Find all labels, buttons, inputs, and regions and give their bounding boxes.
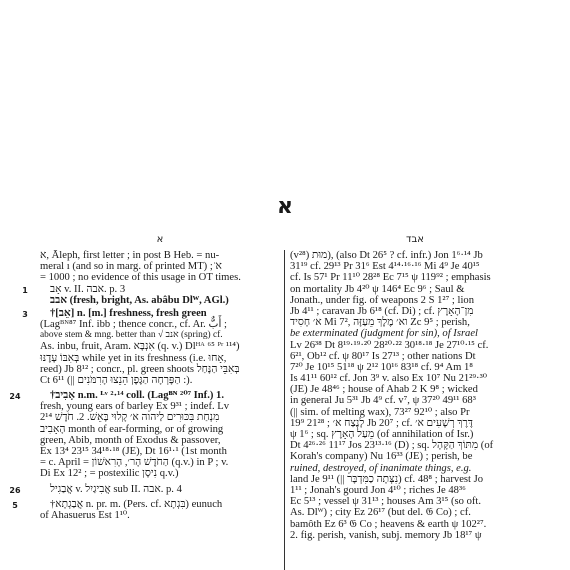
margin-number: 5 [8,500,22,511]
dictionary-text: ψ 1⁶ ; sq. מֵעַל הָאָרֶץ (of annihilatio… [290,429,473,440]
text-line: be exterminated (judgment for sin), of I… [290,328,570,339]
dictionary-text: †אֲבַגְתָא n. pr. m. (Pers. cf. בִּגְתָא… [50,499,222,510]
right-column: (v²⁸) מוּת), (also Dt 26⁵ ? cf. infr.) J… [290,250,570,541]
entry-line: 1 אָב v. II. אבה. p. 3 [40,284,280,295]
dictionary-text: bamôth Ez 6³ 𝔊 Co ; heavens & earth ψ 10… [290,519,486,530]
dictionary-text: (|| sim. of melting wax), 73²⁷ 92¹⁰ ; al… [290,407,469,418]
text-line: (JE) Je 48⁴⁶ ; house of Ahab 2 K 9⁸ ; wi… [290,384,570,395]
dictionary-text: הָאָבִיב month of ear-forming, or of gro… [40,424,223,435]
root-entry-line: אבב (fresh, bright, As. abâbu Dlᵂ, AGl.) [40,295,280,308]
text-line: (Lagᴮᴺ⁸⁷ Inf. ibb ; thence concr., cf. A… [40,319,280,330]
margin-number: 26 [8,485,22,496]
text-line: 1¹¹ ; Jonah's gourd Jon 4¹⁰ ; riches Je … [290,485,570,496]
right-column-header: אבד [395,234,435,246]
text-line: בְּאִבּוֹ עָדֶנּוּ while yet in its fres… [40,353,280,364]
text-line: fresh, young ears of barley Ex 9³¹ ; ind… [40,401,280,412]
text-line: 6²¹, Ob¹² cf. ψ 80¹⁷ Is 27¹³ ; other nat… [290,351,570,362]
dictionary-text: 31¹⁹ cf. 29¹³ Pr 31⁶ Est 4¹⁴·¹⁶·¹⁶ Mi 4⁹… [290,261,480,272]
text-line: cf. Is 57¹ Pr 11¹⁰ 28²⁸ Ec 7¹⁵ ψ 119⁹² ;… [290,272,570,283]
dictionary-text: 19⁹ 21²⁸ ; לָנֶצַח א׳ Jb 20⁷ ; cf. דֶּרֶ… [290,418,473,429]
text-line: Lv 26³⁸ Dt 8¹⁹·¹⁹·²⁰ 28²⁰·²² 30¹⁸·¹⁸ Je … [290,340,570,351]
dictionary-text: 2. fig. perish, vanish, subj. memory Jb … [290,530,482,541]
entry-line: 5 †אֲבַגְתָא n. pr. m. (Pers. cf. בִּגְת… [40,499,280,510]
text-line: (|| sim. of melting wax), 73²⁷ 92¹⁰ ; al… [290,407,570,418]
dictionary-text: land Je 9¹¹ (|| נִצְּתָה כַמִּדְבָּר) cf… [290,474,483,485]
dictionary-text: on mortality Jb 4²⁰ ψ 146⁴ Ec 9⁶ ; Saul … [290,284,464,295]
dictionary-text: fresh, young ears of barley Ex 9³¹ ; ind… [40,401,229,412]
text-line: Jonath., under fig. of weapons 2 S 1²⁷ ;… [290,295,570,306]
dictionary-text: = 1000 ; no evidence of this usage in OT… [40,272,241,283]
text-line: Ec 5¹³ ; vessel ψ 31¹³ ; houses Am 3¹⁵ (… [290,496,570,507]
dictionary-text: As. inbu, fruit, Aram. אִנְבָּא (q. v.) … [40,341,240,352]
dictionary-text: בְּאִבּוֹ עָדֶנּוּ while yet in its fres… [40,353,226,364]
text-line: Korah's company) Nu 16³³ (JE) ; perish, … [290,451,570,462]
dictionary-text: Jb 4¹¹ ; caravan Jb 6¹⁸ (cf. Di) ; cf. מ… [290,306,474,317]
dictionary-text: (JE) Je 48⁴⁶ ; house of Ahab 2 K 9⁸ ; wi… [290,384,478,395]
dictionary-text: אֲבַגִיל v. אֲבִיגַיִל sub II. אבה. p. 4 [50,484,182,495]
text-line: in general Ju 5³¹ Jb 4⁹ cf. v⁷, ψ 37²⁰ 4… [290,395,570,406]
dictionary-text: cf. Is 57¹ Pr 11¹⁰ 28²⁸ Ec 7¹⁵ ψ 119⁹² ;… [290,272,491,283]
left-column: א, Āleph, first letter ; in post B Heb. … [40,250,280,521]
text-line: = c. April = הַחֹדֶשׁ הָר׳, הָרִאשׁוֹן (… [40,457,280,468]
margin-number: 1 [18,285,32,296]
dictionary-text: א, Āleph, first letter ; in post B Heb. … [40,250,219,261]
entry-line: 24 †אָבִיב n.m. ᴸᵛ ²·¹⁴ coll. (Lagᴮᴺ ²⁰⁷… [40,390,280,401]
text-line: green, Abib, month of Exodus & passover, [40,435,280,446]
text-line: above stem & mng. better than √ אנב (spr… [40,330,280,341]
dictionary-text: †אָבִיב n.m. ᴸᵛ ²·¹⁴ coll. (Lagᴮᴺ ²⁰⁷ In… [50,390,224,401]
text-line: As. inbu, fruit, Aram. אִנְבָּא (q. v.) … [40,341,280,352]
dictionary-text: 2¹⁴ מִנְחַת בִּכּוּרִים לַיהוה א׳ קָלוּי… [40,412,219,423]
dictionary-text: (v²⁸) מוּת), (also Dt 26⁵ ? cf. infr.) J… [290,250,483,261]
left-column-header: א [140,234,180,246]
dictionary-text: ruined, destroyed, of inanimate things, … [290,463,471,474]
text-line: of Ahasuerus Est 1¹⁰. [40,510,280,521]
dictionary-text: †[אֵב] n. [m.] freshness, fresh green [50,308,207,319]
dictionary-text: Ec 5¹³ ; vessel ψ 31¹³ ; houses Am 3¹⁵ (… [290,496,481,507]
text-line: א׳ חָסִיד Mi 7², וא׳ מֶלֶךְ מֵעַזָּה Zc … [290,317,570,328]
text-line: 31¹⁹ cf. 29¹³ Pr 31⁶ Est 4¹⁴·¹⁶·¹⁶ Mi 4⁹… [290,261,570,272]
dictionary-text: green, Abib, month of Exodus & passover, [40,435,221,446]
dictionary-text: above stem & mng. better than √ אנב (spr… [40,330,223,340]
text-line: on mortality Jb 4²⁰ ψ 146⁴ Ec 9⁶ ; Saul … [290,284,570,295]
dictionary-text: Di Ex 12² ; = postexilic נִיסָן q.v.) [40,468,178,479]
text-line: 2. fig. perish, vanish, subj. memory Jb … [290,530,570,541]
text-line: As. Dlᵂ) ; city Ez 26¹⁷ (but del. 𝔊 Co) … [290,507,570,518]
margin-number: 24 [8,391,22,402]
dictionary-text: Dt 4²⁶·²⁶ 11¹⁷ Jos 23¹³·¹⁶ (D) ; sq. מִת… [290,440,493,451]
text-line: ruined, destroyed, of inanimate things, … [290,463,570,474]
text-line: ψ 1⁶ ; sq. מֵעַל הָאָרֶץ (of annihilatio… [290,429,570,440]
dictionary-text: Jonath., under fig. of weapons 2 S 1²⁷ ;… [290,295,474,306]
text-line: Ct 6¹¹ (|| הַפָּרְחָה הַגֶּפֶן הֵנֵצוּ ה… [40,375,280,386]
margin-number: 3 [18,309,32,320]
entry-line: 26 אֲבַגִיל v. אֲבִיגַיִל sub II. אבה. p… [40,484,280,495]
dictionary-text: = c. April = הַחֹדֶשׁ הָר׳, הָרִאשׁוֹן (… [40,457,228,468]
text-line: 2¹⁴ מִנְחַת בִּכּוּרִים לַיהוה א׳ קָלוּי… [40,412,280,423]
text-line: meral ı (and so in marg. of printed MT) … [40,261,280,272]
dictionary-text: reed) Jb 8¹² ; concr., pl. green shoots … [40,364,239,375]
dictionary-text: of Ahasuerus Est 1¹⁰. [40,510,130,521]
text-line: land Je 9¹¹ (|| נִצְּתָה כַמִּדְבָּר) cf… [290,474,570,485]
text-line: הָאָבִיב month of ear-forming, or of gro… [40,424,280,435]
text-line: Dt 4²⁶·²⁶ 11¹⁷ Jos 23¹³·¹⁶ (D) ; sq. מִת… [290,440,570,451]
text-line: reed) Jb 8¹² ; concr., pl. green shoots … [40,364,280,375]
dictionary-text: (Lagᴮᴺ⁸⁷ Inf. ibb ; thence concr., cf. A… [40,319,227,330]
text-line: = 1000 ; no evidence of this usage in OT… [40,272,280,283]
text-line: Is 41¹¹ 60¹² cf. Jon 3⁹ v. also Ex 10⁷ N… [290,373,570,384]
dictionary-text: Ex 13⁴ 23¹⁵ 34¹⁸·¹⁸ (JE), Dt 16¹·¹ (1st … [40,446,227,457]
text-line: Jb 4¹¹ ; caravan Jb 6¹⁸ (cf. Di) ; cf. מ… [290,306,570,317]
dictionary-text: 6²¹, Ob¹² cf. ψ 80¹⁷ Is 27¹³ ; other nat… [290,351,476,362]
dictionary-text: be exterminated (judgment for sin), of I… [290,328,478,339]
dictionary-text: Ct 6¹¹ (|| הַפָּרְחָה הַגֶּפֶן הֵנֵצוּ ה… [40,375,192,386]
entry-aleph-line: א, Āleph, first letter ; in post B Heb. … [40,250,280,261]
text-line: 19⁹ 21²⁸ ; לָנֶצַח א׳ Jb 20⁷ ; cf. דֶּרֶ… [290,418,570,429]
dictionary-text: 1¹¹ ; Jonah's gourd Jon 4¹⁰ ; riches Je … [290,485,466,496]
dictionary-text: Lv 26³⁸ Dt 8¹⁹·¹⁹·²⁰ 28²⁰·²² 30¹⁸·¹⁸ Je … [290,340,488,351]
dictionary-text: Korah's company) Nu 16³³ (JE) ; perish, … [290,451,472,462]
dictionary-text: Is 41¹¹ 60¹² cf. Jon 3⁹ v. also Ex 10⁷ N… [290,373,487,384]
dictionary-text: אבב (fresh, bright, As. abâbu Dlᵂ, AGl.) [50,295,229,306]
dictionary-text: meral ı (and so in marg. of printed MT) … [40,261,222,272]
dictionary-text: 7²⁰ Je 10¹⁵ 51¹⁸ ψ 2¹² 10¹⁶ 83¹⁸ cf. 9⁴ … [290,362,473,373]
text-line: 7²⁰ Je 10¹⁵ 51¹⁸ ψ 2¹² 10¹⁶ 83¹⁸ cf. 9⁴ … [290,362,570,373]
dictionary-text: אָב v. II. אבה. p. 3 [50,284,125,295]
text-line: Di Ex 12² ; = postexilic נִיסָן q.v.) [40,468,280,479]
dictionary-text: in general Ju 5³¹ Jb 4⁹ cf. v⁷, ψ 37²⁰ 4… [290,395,476,406]
text-line: Ex 13⁴ 23¹⁵ 34¹⁸·¹⁸ (JE), Dt 16¹·¹ (1st … [40,446,280,457]
text-line: bamôth Ez 6³ 𝔊 Co ; heavens & earth ψ 10… [290,519,570,530]
entry-line: 3 †[אֵב] n. [m.] freshness, fresh green [40,308,280,319]
dictionary-text: As. Dlᵂ) ; city Ez 26¹⁷ (but del. 𝔊 Co) … [290,507,471,518]
section-letter-aleph: א [0,195,570,219]
column-divider [284,250,285,570]
text-line: (v²⁸) מוּת), (also Dt 26⁵ ? cf. infr.) J… [290,250,570,261]
dictionary-text: א׳ חָסִיד Mi 7², וא׳ מֶלֶךְ מֵעַזָּה Zc … [290,317,470,328]
